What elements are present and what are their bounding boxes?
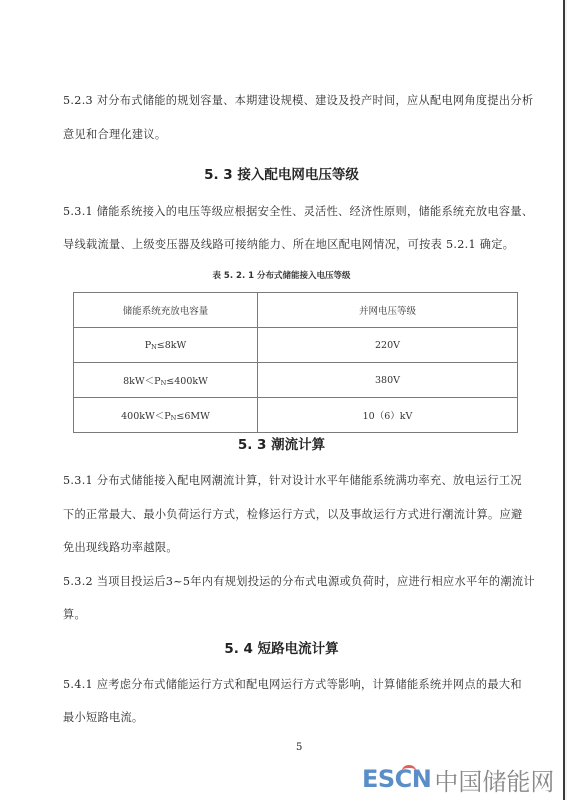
paragraph-5-3-1-flow-line-1: 5.3.1 分布式储能接入配电网潮流计算，针对设计水平年储能系统满功率充、放电运… [63, 474, 483, 488]
section-heading-5-3-flow: 5. 3 潮流计算 [0, 437, 563, 453]
paragraph-5-3-1-voltage-line-1: 5.3.1 储能系统接入的电压等级应根据安全性、灵活性、经济性原则，储能系统充放… [63, 205, 483, 219]
paragraph-5-4-1-line-2: 最小短路电流。 [63, 711, 483, 725]
table-cell-voltage: 10（6）kV [258, 398, 518, 433]
logo-escn-text: ESCN [362, 765, 431, 793]
page-number: 5 [296, 742, 302, 753]
paragraph-5-2-3-line-2: 意见和合理化建议。 [63, 128, 483, 142]
table-row: 400kW＜PN≤6MW 10（6）kV [74, 398, 518, 433]
table-header-voltage: 并网电压等级 [258, 293, 518, 328]
table-caption: 表 5. 2. 1 分布式储能接入电压等级 [0, 270, 563, 282]
table-cell-capacity: 400kW＜PN≤6MW [74, 398, 258, 433]
table-row: 8kW＜PN≤400kW 380V [74, 363, 518, 398]
capacity-suffix: ≤400kW [166, 376, 208, 387]
capacity-suffix: ≤6MW [176, 411, 210, 422]
table-header-capacity: 储能系统充放电容量 [74, 293, 258, 328]
capacity-suffix: ≤8kW [157, 340, 187, 351]
logo-chinese-text: 中国储能网 [434, 762, 554, 797]
table-cell-voltage: 220V [258, 328, 518, 363]
paragraph-5-3-1-flow-line-2: 下的正常最大、最小负荷运行方式，检修运行方式，以及事故运行方式进行潮流计算。应避 [63, 508, 483, 522]
capacity-prefix: 8kW＜P [123, 376, 160, 387]
section-heading-5-4: 5. 4 短路电流计算 [0, 641, 563, 657]
paragraph-5-4-1-line-1: 5.4.1 应考虑分布式储能运行方式和配电网运行方式等影响，计算储能系统并网点的… [63, 678, 483, 692]
table-cell-capacity: PN≤8kW [74, 328, 258, 363]
table-header-row: 储能系统充放电容量 并网电压等级 [74, 293, 518, 328]
logo-arc-icon [402, 765, 416, 776]
table-row: PN≤8kW 220V [74, 328, 518, 363]
paragraph-5-2-3-line-1: 5.2.3 对分布式储能的规划容量、本期建设规模、建设及投产时间，应从配电网角度… [63, 94, 483, 108]
paragraph-5-3-2-line-1: 5.3.2 当项目投运后3~5年内有规划投运的分布式电源或负荷时，应进行相应水平… [63, 575, 483, 589]
table-cell-voltage: 380V [258, 363, 518, 398]
paragraph-5-3-1-flow-line-3: 免出现线路功率越限。 [63, 541, 483, 555]
table-cell-capacity: 8kW＜PN≤400kW [74, 363, 258, 398]
voltage-level-table: 储能系统充放电容量 并网电压等级 PN≤8kW 220V 8kW＜PN≤400k… [73, 292, 518, 433]
escn-watermark-logo: ESCN 中国储能网 [362, 763, 554, 795]
paragraph-5-3-1-voltage-line-2: 导线载流量、上级变压器及线路可接纳能力、所在地区配电网情况，可按表 5.2.1 … [63, 238, 483, 252]
capacity-prefix: 400kW＜P [121, 411, 171, 422]
paragraph-5-3-2-line-2: 算。 [63, 608, 483, 622]
section-heading-5-3-voltage: 5. 3 接入配电网电压等级 [0, 167, 563, 183]
